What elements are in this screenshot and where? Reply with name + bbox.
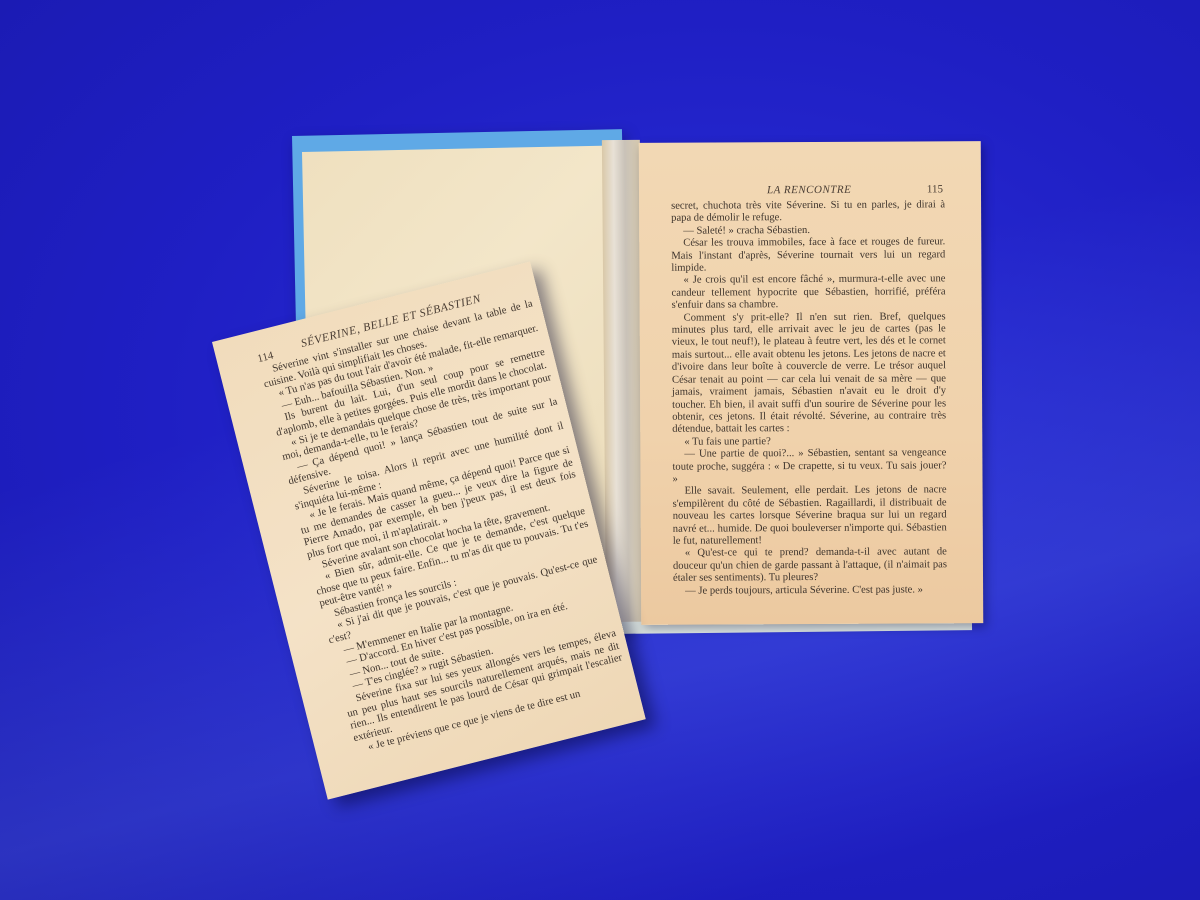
paragraph: — Une partie de quoi?... » Sébastien, se… [672,447,946,486]
paragraph: Elle savait. Seulement, elle perdait. Le… [673,485,947,548]
paragraph: Comment s'y prit-elle? Il n'en sut rien.… [672,311,947,436]
paragraph: — Je perds toujours, articula Séverine. … [673,584,947,598]
page-header: LA RENCONTRE 115 [639,183,981,199]
running-title: LA RENCONTRE [767,184,851,196]
page-body-text: secret, chuchota très vite Séverine. Si … [671,199,947,597]
paragraph: « Je crois qu'il est encore fâché », mur… [671,274,945,313]
paragraph: « Qu'est-ce qui te prend? demanda-t-il a… [673,547,947,586]
book-spine-gutter [602,140,644,630]
paragraph: secret, chuchota très vite Séverine. Si … [671,199,945,225]
page-number: 115 [927,183,943,195]
paragraph: César les trouva immobiles, face à face … [671,237,945,276]
book-page-115: LA RENCONTRE 115 secret, chuchota très v… [639,141,984,625]
